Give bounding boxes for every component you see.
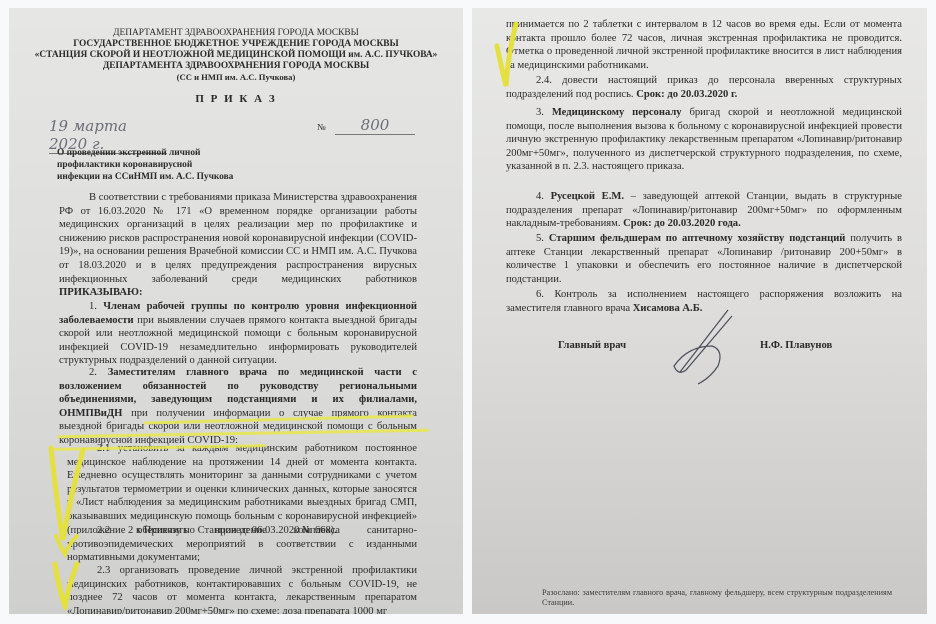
document-page-right: принимается по 2 таблетки с интервалом в… [472, 8, 927, 614]
item-4: 4. Русецкой Е.М. – заведующей аптекой Ст… [506, 190, 902, 231]
item-2-2: 2.2 обеспечить проведение комплекса сани… [67, 524, 417, 565]
header-station: «СТАНЦИЯ СКОРОЙ И НЕОТЛОЖНОЙ МЕДИЦИНСКОЙ… [9, 50, 463, 61]
signature-icon [662, 306, 742, 388]
header-department: ДЕПАРТАМЕНТ ЗДРАВООХРАНЕНИЯ ГОРОДА МОСКВ… [9, 28, 463, 39]
subject-line: О проведении экстренной личной [57, 147, 233, 159]
preamble-paragraph: В соответствии с требованиями приказа Ми… [59, 191, 417, 300]
item-addressee: Медицинскому персоналу [552, 107, 682, 118]
deadline: Срок: до 20.03.2020 г. [636, 89, 737, 100]
signature-name: Н.Ф. Плавунов [760, 340, 832, 351]
item-number: 1. [89, 301, 97, 312]
item-number: 2. [89, 367, 97, 378]
order-number-handwritten: 800 [335, 116, 415, 135]
item-number: 4. [536, 191, 544, 202]
check-mark-icon [47, 444, 87, 544]
preamble-text: В соответствии с требованиями приказа Ми… [59, 192, 417, 285]
item-addressee: Старшим фельдшерам по аптечному хозяйств… [549, 233, 846, 244]
check-mark-icon [494, 20, 520, 90]
document-page-left: ДЕПАРТАМЕНТ ЗДРАВООХРАНЕНИЯ ГОРОДА МОСКВ… [9, 8, 463, 614]
header-institution: ГОСУДАРСТВЕННОЕ БЮДЖЕТНОЕ УЧРЕЖДЕНИЕ ГОР… [9, 39, 463, 50]
subject-line: инфекции на ССиНМП им. А.С. Пучкова [57, 171, 233, 183]
check-mark-icon [53, 532, 79, 558]
check-mark-icon [51, 560, 81, 610]
deadline: Срок: до 20.03.2020 года. [623, 218, 741, 229]
subject-block: О проведении экстренной личной профилакт… [57, 147, 233, 183]
ordering-word: ПРИКАЗЫВАЮ: [59, 287, 143, 298]
item-1: 1. Членам рабочей группы по контролю уро… [59, 300, 417, 368]
item-3: 3. Медицинскому персоналу бригад скорой … [506, 106, 902, 174]
item-2-4: 2.4. довести настоящий приказ до персона… [506, 74, 902, 101]
item-number: 5. [536, 233, 544, 244]
item-2-3: 2.3 организовать проведение личной экстр… [67, 564, 417, 614]
item-addressee: Русецкой Е.М. [551, 191, 624, 202]
item-2-3-continued: принимается по 2 таблетки с интервалом в… [506, 18, 902, 72]
doc-type-title: П Р И К А З [9, 94, 463, 105]
subject-line: профилактики коронавирусной [57, 159, 233, 171]
distribution-note: Разослано: заместителям главного врача, … [542, 588, 892, 608]
item-number: 3. [536, 107, 544, 118]
item-2-1: 2.1 установить за каждым медицинским раб… [67, 442, 417, 537]
header-abbrev: (СС и НМП им. А.С. Пучкова) [9, 72, 463, 83]
item-5: 5. Старшим фельдшерам по аптечному хозяй… [506, 232, 902, 286]
number-label: № [317, 122, 326, 132]
signature-title: Главный врач [558, 340, 626, 351]
header-department-2: ДЕПАРТАМЕНТА ЗДРАВООХРАНЕНИЯ ГОРОДА МОСК… [9, 61, 463, 72]
